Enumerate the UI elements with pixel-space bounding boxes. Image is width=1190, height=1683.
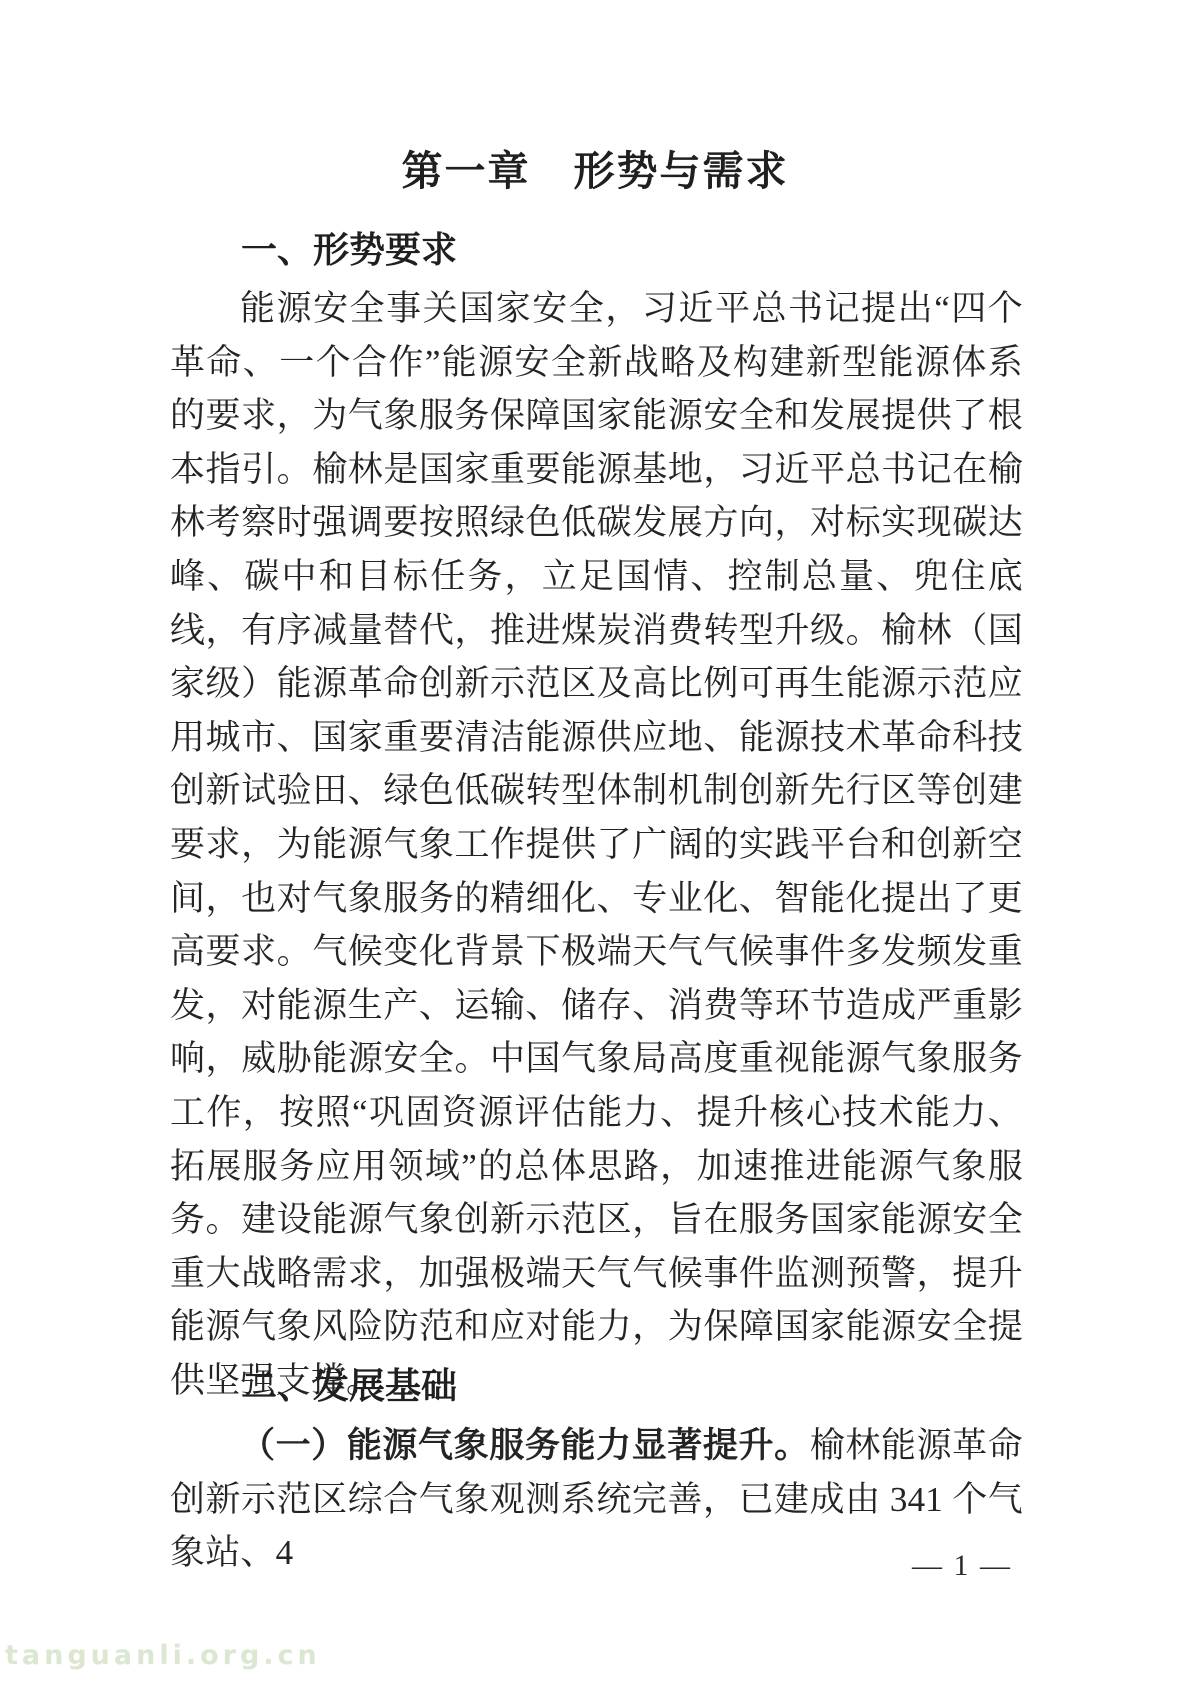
item-lead-bold: （一）能源气象服务能力显著提升。 bbox=[240, 1426, 810, 1465]
chapter-title: 第一章 形势与需求 bbox=[0, 138, 1190, 197]
body-paragraph-1: 能源安全事关国家安全，习近平总书记提出“四个革命、一个合作”能源安全新战略及构建… bbox=[170, 282, 1023, 1407]
watermark-text: tanguanli.org.cn bbox=[5, 1640, 321, 1671]
page-number: — 1 — bbox=[912, 1549, 1012, 1583]
section-heading-1: 一、形势要求 bbox=[170, 230, 1023, 270]
document-page: 第一章 形势与需求 一、形势要求 能源安全事关国家安全，习近平总书记提出“四个革… bbox=[0, 0, 1190, 1683]
body-paragraph-2: （一）能源气象服务能力显著提升。榆林能源革命创新示范区综合气象观测系统完善，已建… bbox=[170, 1419, 1023, 1580]
section-heading-2: 二、发展基础 bbox=[170, 1366, 1023, 1406]
body-paragraph-1-text: 能源安全事关国家安全，习近平总书记提出“四个革命、一个合作”能源安全新战略及构建… bbox=[170, 289, 1023, 1400]
